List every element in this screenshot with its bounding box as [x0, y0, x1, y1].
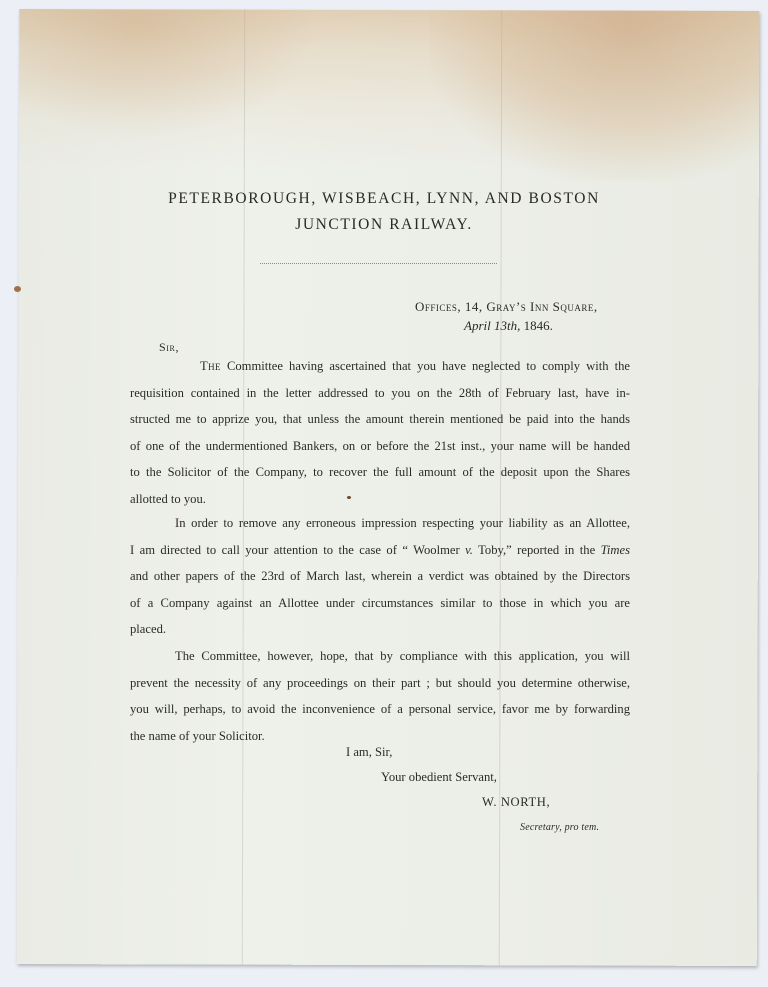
signature: W. NORTH, [482, 795, 550, 810]
line-text: Committee having ascertained that you ha… [221, 359, 630, 373]
paragraph-3: The Committee, however, hope, that by co… [130, 643, 630, 749]
paragraph-line: prevent the necessity of any proceedings… [130, 670, 630, 697]
letterhead-title-line-1: PETERBOROUGH, WISBEACH, LYNN, AND BOSTON [0, 190, 768, 208]
newspaper-name: Times [601, 543, 630, 557]
sender-address: Offices, 14, Gray’s Inn Square, [415, 299, 598, 315]
paragraph-line: you will, perhaps, to avoid the inconven… [130, 696, 630, 723]
decorative-rule [260, 263, 497, 264]
stain-left [19, 9, 319, 140]
stain-right [429, 10, 759, 181]
paragraph-line: of a Company against an Allottee under c… [130, 590, 630, 617]
paragraph-line: The Committee having ascertained that yo… [130, 353, 630, 380]
paragraph-line: requisition contained in the letter addr… [130, 380, 630, 407]
ink-spot [14, 286, 21, 292]
letter-date: April 13th, 1846. [464, 318, 553, 334]
paragraph-line: The Committee, however, hope, that by co… [130, 643, 630, 670]
paragraph-line: placed. [130, 616, 630, 643]
paragraph-line: allotted to you. [130, 486, 630, 513]
line-text: Toby,” reported in the [473, 543, 601, 557]
paragraph-line: of one of the undermentioned Bankers, on… [130, 433, 630, 460]
paragraph-line: In order to remove any erroneous impress… [130, 510, 630, 537]
lead-word: The [200, 359, 221, 373]
paragraph-line: to the Solicitor of the Company, to reco… [130, 459, 630, 486]
signatory-role: Secretary, pro tem. [520, 822, 599, 833]
paragraph-2: In order to remove any erroneous impress… [130, 510, 630, 643]
paragraph-1: The Committee having ascertained that yo… [130, 353, 630, 513]
case-versus: v. [465, 543, 473, 557]
paragraph-line: I am directed to call your attention to … [130, 537, 630, 564]
paragraph-line: structed me to apprize you, that unless … [130, 406, 630, 433]
date-month-day: April 13th, [464, 318, 520, 333]
closing-line: Your obedient Servant, [381, 770, 497, 785]
closing-line: I am, Sir, [346, 745, 392, 760]
date-year: 1846. [520, 318, 553, 333]
letterhead-title-line-2: JUNCTION RAILWAY. [0, 216, 768, 234]
paragraph-line: and other papers of the 23rd of March la… [130, 563, 630, 590]
line-text: I am directed to call your attention to … [130, 543, 465, 557]
